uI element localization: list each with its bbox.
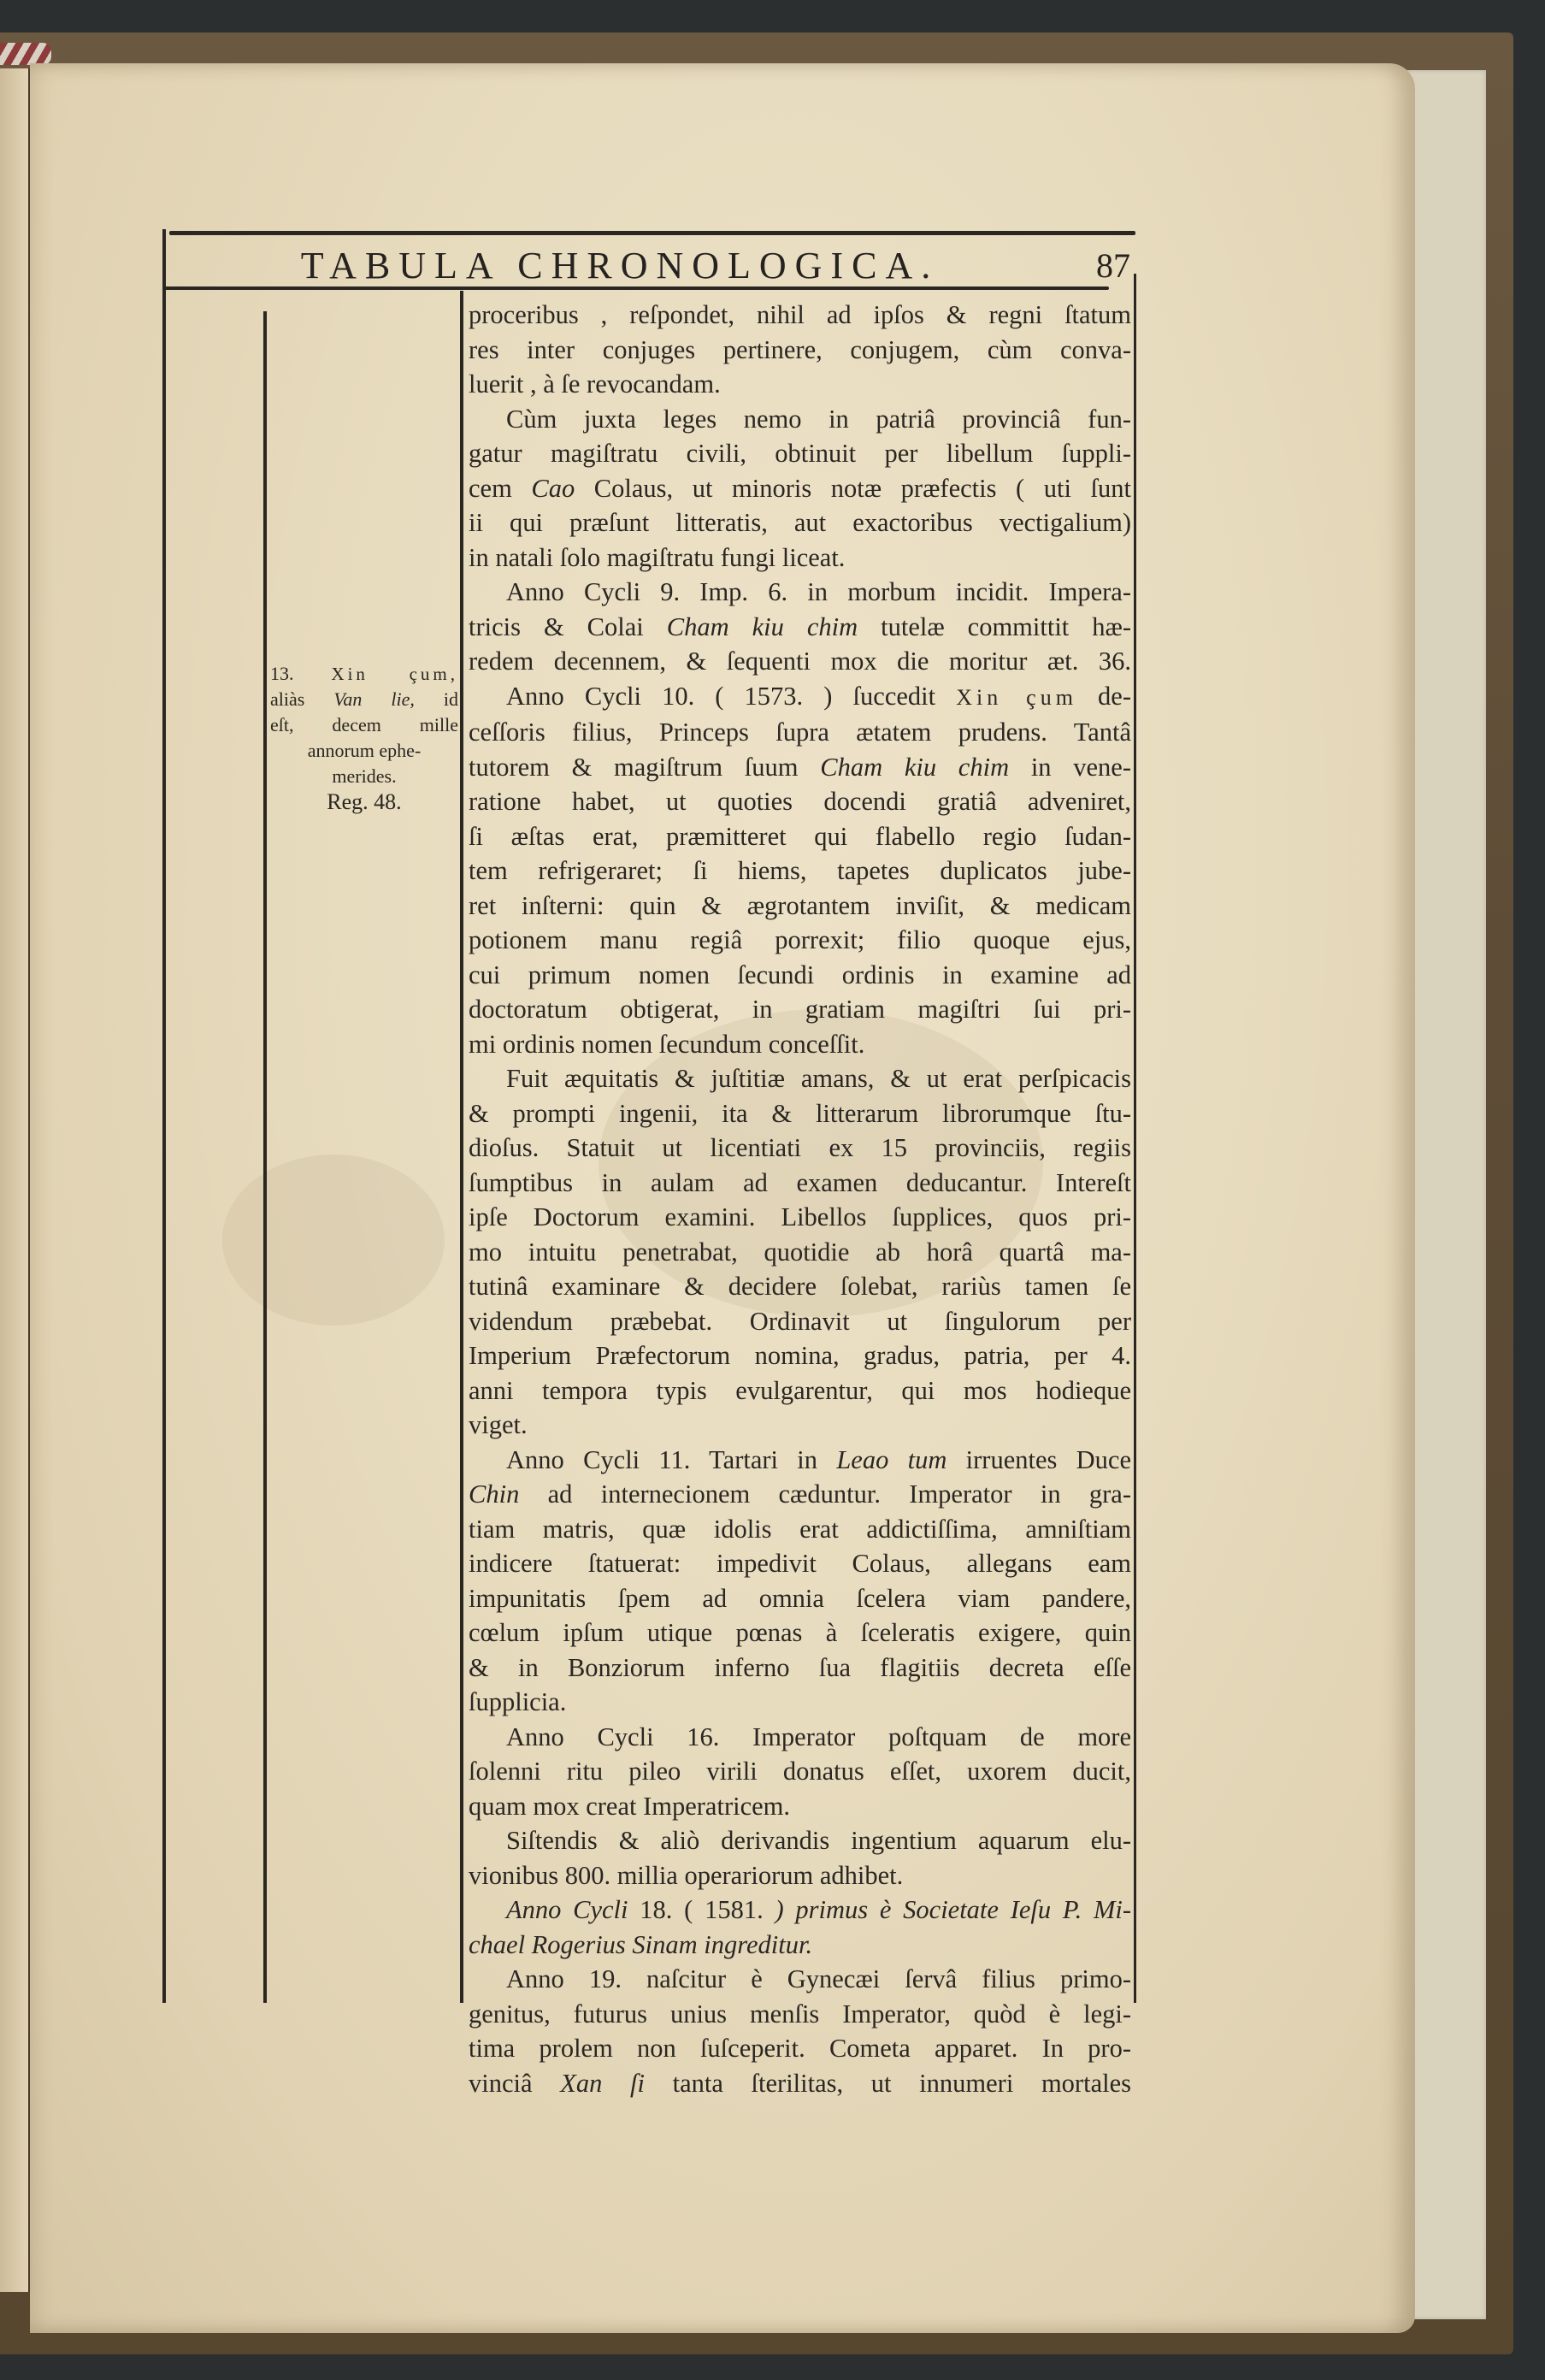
text-line: doctoratum obtigerat, in gratiam magiſtr…	[469, 992, 1131, 1027]
text-line: Fuit æquitatis & juſtitiæ amans, & ut er…	[469, 1061, 1131, 1096]
frame-right-border	[1134, 274, 1136, 2003]
text-line: cœlum ipſum utique pœnas à ſceleratis ex…	[469, 1615, 1131, 1651]
note-text: annorum ephe-	[270, 738, 458, 764]
text-line: viget.	[469, 1408, 1131, 1443]
text-line: luerit , à ſe revocandam.	[469, 367, 1131, 402]
text-line: vionibus 800. millia operariorum adhibet…	[469, 1858, 1131, 1893]
text-line: indicere ſtatuerat: impedivit Colaus, al…	[469, 1546, 1131, 1581]
text-line: ipſe Doctorum examini. Libellos ſupplice…	[469, 1200, 1131, 1235]
text-line: videndum præbebat. Ordinavit ut ſingulor…	[469, 1304, 1131, 1339]
text-line: tutorem & magiſtrum ſuum Cham kiu chim i…	[469, 750, 1131, 785]
note-text: eſt, decem mille	[270, 712, 458, 738]
text-line: ratione habet, ut quoties docendi gratiâ…	[469, 784, 1131, 819]
text-line: Anno Cycli 18. ( 1581. ) primus è Societ…	[469, 1893, 1131, 1928]
text-line: Chin ad internecionem cæduntur. Imperato…	[469, 1477, 1131, 1512]
text-line: ret inſterni: quin & ægrotantem inviſit,…	[469, 889, 1131, 924]
header-top-rule	[169, 231, 1135, 235]
text-line: ſi æſtas erat, præmitteret qui flabello …	[469, 819, 1131, 854]
running-head: TABULA CHRONOLOGICA.	[162, 243, 1137, 289]
text-line: tem refrigeraret; ſi hiems, tapetes dupl…	[469, 853, 1131, 889]
text-line: proceribus , reſpondet, nihil ad ipſos &…	[469, 298, 1131, 333]
text-line: chael Rogerius Sinam ingreditur.	[469, 1928, 1131, 1963]
text-line: Siſtendis & aliò derivandis ingentium aq…	[469, 1823, 1131, 1858]
reign-years: Reg. 48.	[270, 789, 458, 815]
text-line: anni tempora typis evulgarentur, qui mos…	[469, 1373, 1131, 1409]
column-divider-text	[460, 291, 463, 2003]
margin-note-emperor: 13. Xin çum, aliàs Van lie, id eſt, dece…	[270, 661, 458, 815]
text-line: ceſſoris filius, Princeps ſupra ætatem p…	[469, 715, 1131, 750]
text-line: gatur magiſtratu civili, obtinuit per li…	[469, 436, 1131, 471]
text-line: mo intuitu penetrabat, quotidie ab horâ …	[469, 1235, 1131, 1270]
text-line: Anno Cycli 10. ( 1573. ) ſuccedit Xin çu…	[469, 679, 1131, 716]
text-line: impunitatis ſpem ad omnia ſcelera viam p…	[469, 1581, 1131, 1616]
emperor-name: Xin çum,	[331, 664, 458, 684]
text-line: potionem manu regiâ porrexit; filio quoq…	[469, 923, 1131, 958]
text-line: quam mox creat Imperatricem.	[469, 1789, 1131, 1824]
text-line: Anno Cycli 11. Tartari in Leao tum irrue…	[469, 1443, 1131, 1478]
text-line: ii qui præſunt litteratis, aut exactorib…	[469, 505, 1131, 540]
text-line: tutinâ examinare & decidere ſolebat, rar…	[469, 1269, 1131, 1304]
reign-number: 13.	[270, 663, 294, 684]
text-line: vinciâ Xan ſi tanta ſterilitas, ut innum…	[469, 2066, 1131, 2101]
text-line: & in Bonziorum inferno ſua flagitiis dec…	[469, 1651, 1131, 1686]
frame-left-border	[162, 229, 166, 2003]
note-text: id	[444, 688, 458, 710]
left-page-strip	[0, 68, 30, 2292]
text-line: ſupplicia.	[469, 1685, 1131, 1720]
underlying-leaf	[1406, 70, 1486, 2319]
note-alias: Van lie,	[333, 688, 415, 710]
text-line: Cùm juxta leges nemo in patriâ provinciâ…	[469, 402, 1131, 437]
text-line: cem Cao Colaus, ut minoris notæ præfecti…	[469, 471, 1131, 506]
text-line: Anno Cycli 16. Imperator poſtquam de mor…	[469, 1720, 1131, 1755]
binding-headband	[0, 43, 51, 65]
text-line: res inter conjuges pertinere, conjugem, …	[469, 333, 1131, 368]
text-line: ſumptibus in aulam ad examen deducantur.…	[469, 1166, 1131, 1201]
text-line: mi ordinis nomen ſecundum conceſſit.	[469, 1027, 1131, 1062]
text-line: in natali ſolo magiſtratu fungi liceat.	[469, 540, 1131, 576]
running-head-title: TABULA CHRONOLOGICA.	[301, 243, 939, 289]
text-line: genitus, futurus unius menſis Imperator,…	[469, 1997, 1131, 2032]
text-line: tiam matris, quæ idolis erat addictiſſim…	[469, 1512, 1131, 1547]
note-text: aliàs	[270, 688, 304, 710]
text-line: dioſus. Statuit ut licentiati ex 15 prov…	[469, 1131, 1131, 1166]
text-line: cui primum nomen ſecundi ordinis in exam…	[469, 958, 1131, 993]
text-line: Anno Cycli 9. Imp. 6. in morbum incidit.…	[469, 575, 1131, 610]
text-line: Imperium Præfectorum nomina, gradus, pat…	[469, 1338, 1131, 1373]
main-text-column: proceribus , reſpondet, nihil ad ipſos &…	[469, 298, 1131, 2100]
text-line: ſolenni ritu pileo virili donatus eſſet,…	[469, 1754, 1131, 1789]
column-divider-year	[263, 311, 267, 2003]
printed-frame: TABULA CHRONOLOGICA. 87 13. Xin çum, ali…	[162, 229, 1137, 2003]
text-line: Anno 19. naſcitur è Gynecæi ſervâ filius…	[469, 1962, 1131, 1997]
text-line: redem decennem, & ſequenti mox die morit…	[469, 644, 1131, 679]
text-line: tricis & Colai Cham kiu chim tutelæ comm…	[469, 610, 1131, 645]
text-line: tima prolem non ſuſceperit. Cometa appar…	[469, 2031, 1131, 2066]
text-line: & prompti ingenii, ita & litterarum libr…	[469, 1096, 1131, 1131]
page-number: 87	[1096, 245, 1130, 287]
note-text: merides.	[270, 764, 458, 789]
